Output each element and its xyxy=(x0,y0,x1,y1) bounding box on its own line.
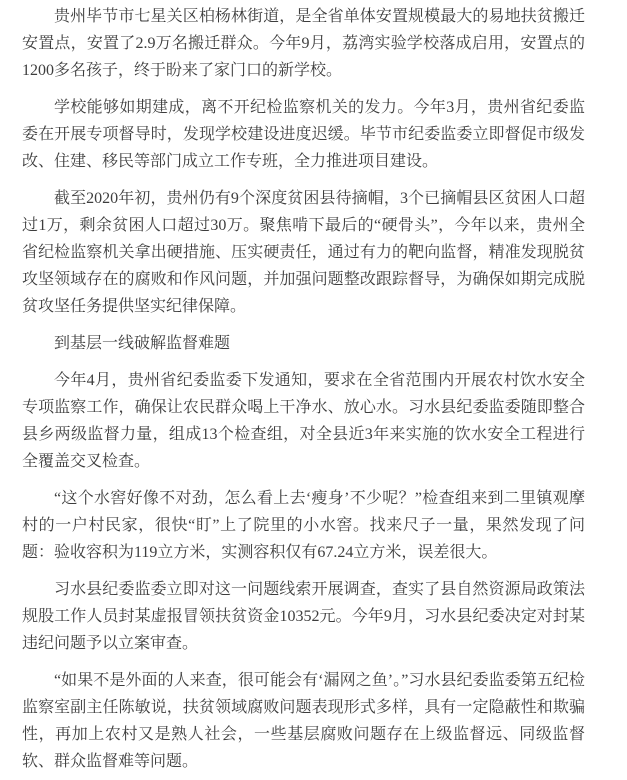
section-heading: 到基层一线破解监督难题 xyxy=(22,330,585,357)
paragraph: “这个水窖好像不对劲，怎么看上去‘瘦身’不少呢？”检查组来到二里镇观摩村的一户村… xyxy=(22,485,585,566)
paragraph: 贵州毕节市七星关区柏杨林街道，是全省单体安置规模最大的易地扶贫搬迁安置点，安置了… xyxy=(22,3,585,84)
paragraph: 截至2020年初，贵州仍有9个深度贫困县待摘帽，3个已摘帽县区贫困人口超过1万，… xyxy=(22,185,585,320)
paragraph: 习水县纪委监委立即对这一问题线索开展调查，查实了县自然资源局政策法规股工作人员封… xyxy=(22,576,585,657)
paragraph: 今年4月，贵州省纪委监委下发通知，要求在全省范围内开展农村饮水安全专项监察工作，… xyxy=(22,367,585,475)
paragraph: “如果不是外面的人来查，很可能会有‘漏网之鱼’。”习水县纪委监委第五纪检监察室副… xyxy=(22,667,585,775)
article-body: 贵州毕节市七星关区柏杨林街道，是全省单体安置规模最大的易地扶贫搬迁安置点，安置了… xyxy=(0,0,627,775)
paragraph: 学校能够如期建成，离不开纪检监察机关的发力。今年3月，贵州省纪委监委在开展专项督… xyxy=(22,94,585,175)
